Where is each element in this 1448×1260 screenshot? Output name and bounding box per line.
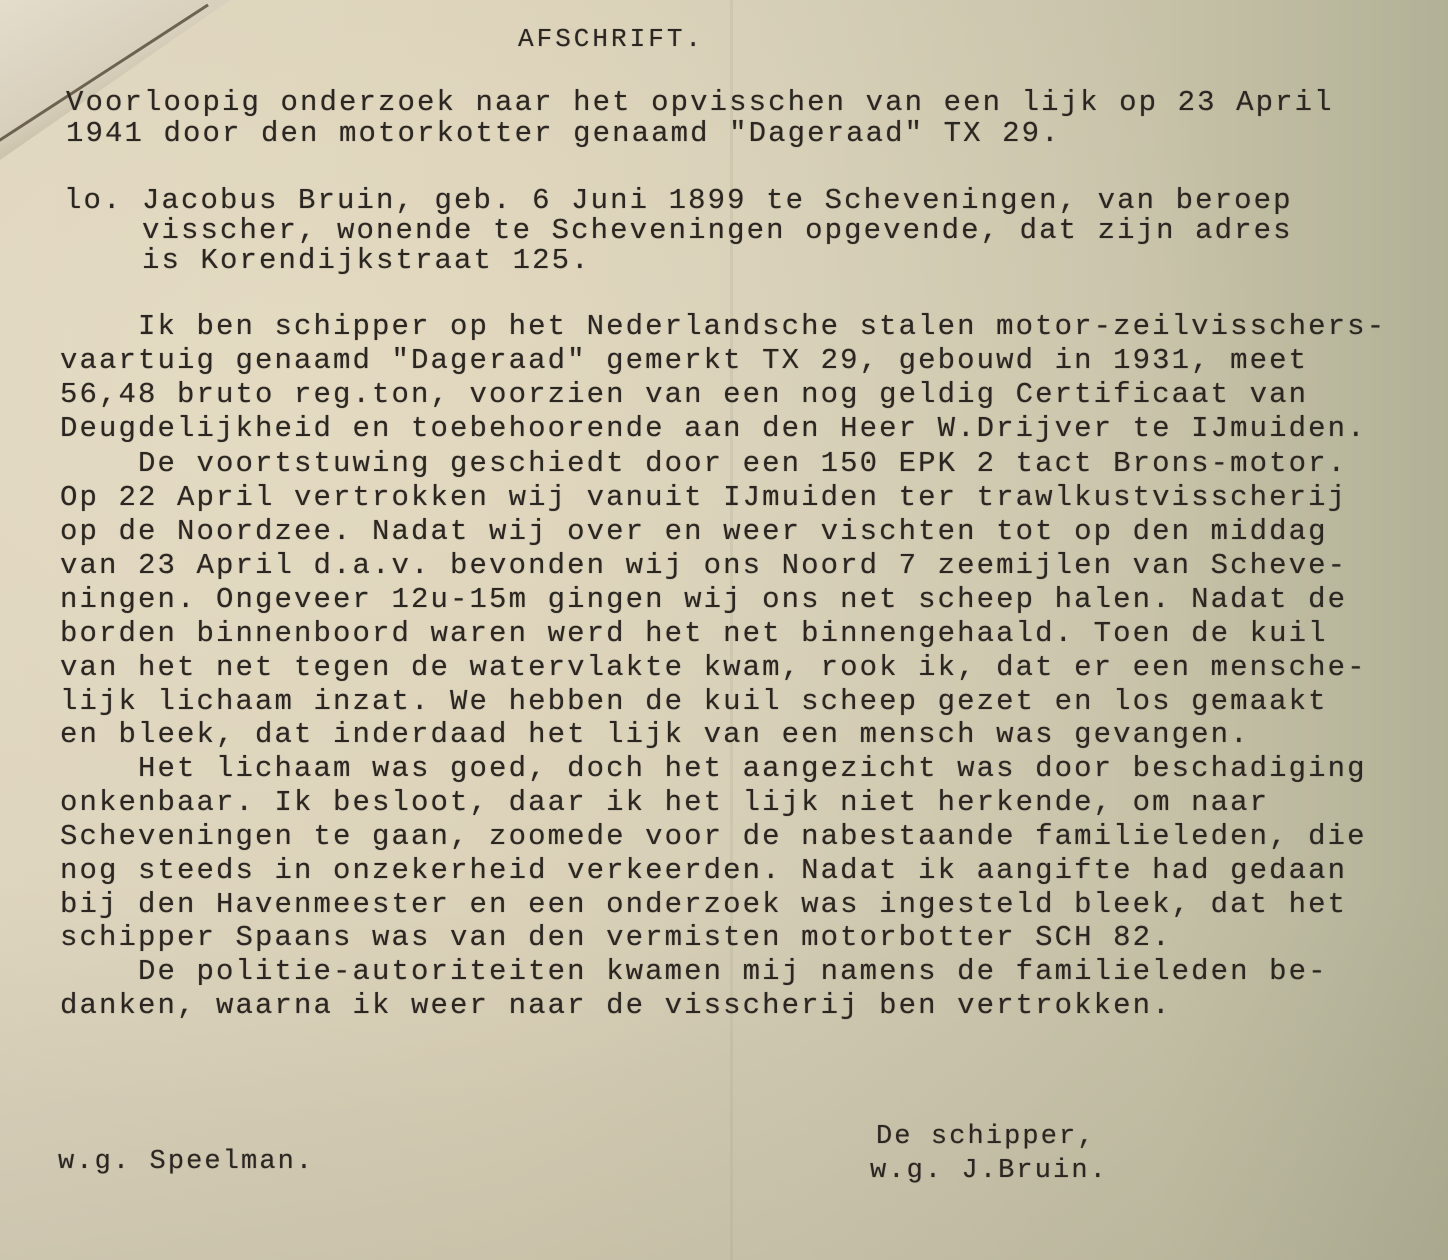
statement-line: danken, waarna ik weer naar de visscheri… bbox=[60, 989, 1172, 1023]
statement-line: van het net tegen de watervlakte kwam, r… bbox=[60, 651, 1367, 685]
signature-speelman: w.g. Speelman. bbox=[58, 1145, 314, 1179]
statement-line: op de Noordzee. Nadat wij over en weer v… bbox=[60, 515, 1328, 549]
signature-role: De schipper, bbox=[876, 1120, 1096, 1154]
statement-line: en bleek, dat inderdaad het lijk van een… bbox=[60, 718, 1250, 752]
witness-line: visscher, wonende te Scheveningen opgeve… bbox=[64, 214, 1293, 248]
statement-line: De voortstuwing geschiedt door een 150 E… bbox=[60, 447, 1347, 481]
statement-line: schipper Spaans was van den vermisten mo… bbox=[60, 921, 1172, 955]
statement-line: Deugdelijkheid en toebehoorende aan den … bbox=[60, 412, 1367, 446]
statement-line: De politie-autoriteiten kwamen mij namen… bbox=[60, 955, 1328, 989]
statement-line: bij den Havenmeester en een onderzoek wa… bbox=[60, 888, 1347, 922]
statement-line: nog steeds in onzekerheid verkeerden. Na… bbox=[60, 854, 1347, 888]
document-title: AFSCHRIFT. bbox=[518, 22, 704, 56]
witness-line: lo. Jacobus Bruin, geb. 6 Juni 1899 te S… bbox=[64, 184, 1293, 218]
heading-line: 1941 door den motorkotter genaamd "Dager… bbox=[66, 117, 1061, 151]
statement-line: van 23 April d.a.v. bevonden wij ons Noo… bbox=[60, 549, 1347, 583]
statement-line: onkenbaar. Ik besloot, daar ik het lijk … bbox=[60, 786, 1269, 820]
statement-line: vaartuig genaamd "Dageraad" gemerkt TX 2… bbox=[60, 344, 1308, 378]
witness-line: is Korendijkstraat 125. bbox=[64, 244, 591, 278]
statement-line: lijk lichaam inzat. We hebben de kuil sc… bbox=[60, 685, 1328, 719]
signature-bruin: w.g. J.Bruin. bbox=[870, 1154, 1108, 1188]
heading-line: Voorloopig onderzoek naar het opvisschen… bbox=[66, 86, 1334, 120]
statement-line: Scheveningen te gaan, zoomede voor de na… bbox=[60, 820, 1367, 854]
statement-line: borden binnenboord waren werd het net bi… bbox=[60, 617, 1328, 651]
statement-line: 56,48 bruto reg.ton, voorzien van een no… bbox=[60, 378, 1308, 412]
statement-line: Ik ben schipper op het Nederlandsche sta… bbox=[60, 310, 1386, 344]
statement-line: Het lichaam was goed, doch het aangezich… bbox=[60, 752, 1367, 786]
statement-line: Op 22 April vertrokken wij vanuit IJmuid… bbox=[60, 481, 1347, 515]
statement-line: ningen. Ongeveer 12u-15m gingen wij ons … bbox=[60, 583, 1347, 617]
